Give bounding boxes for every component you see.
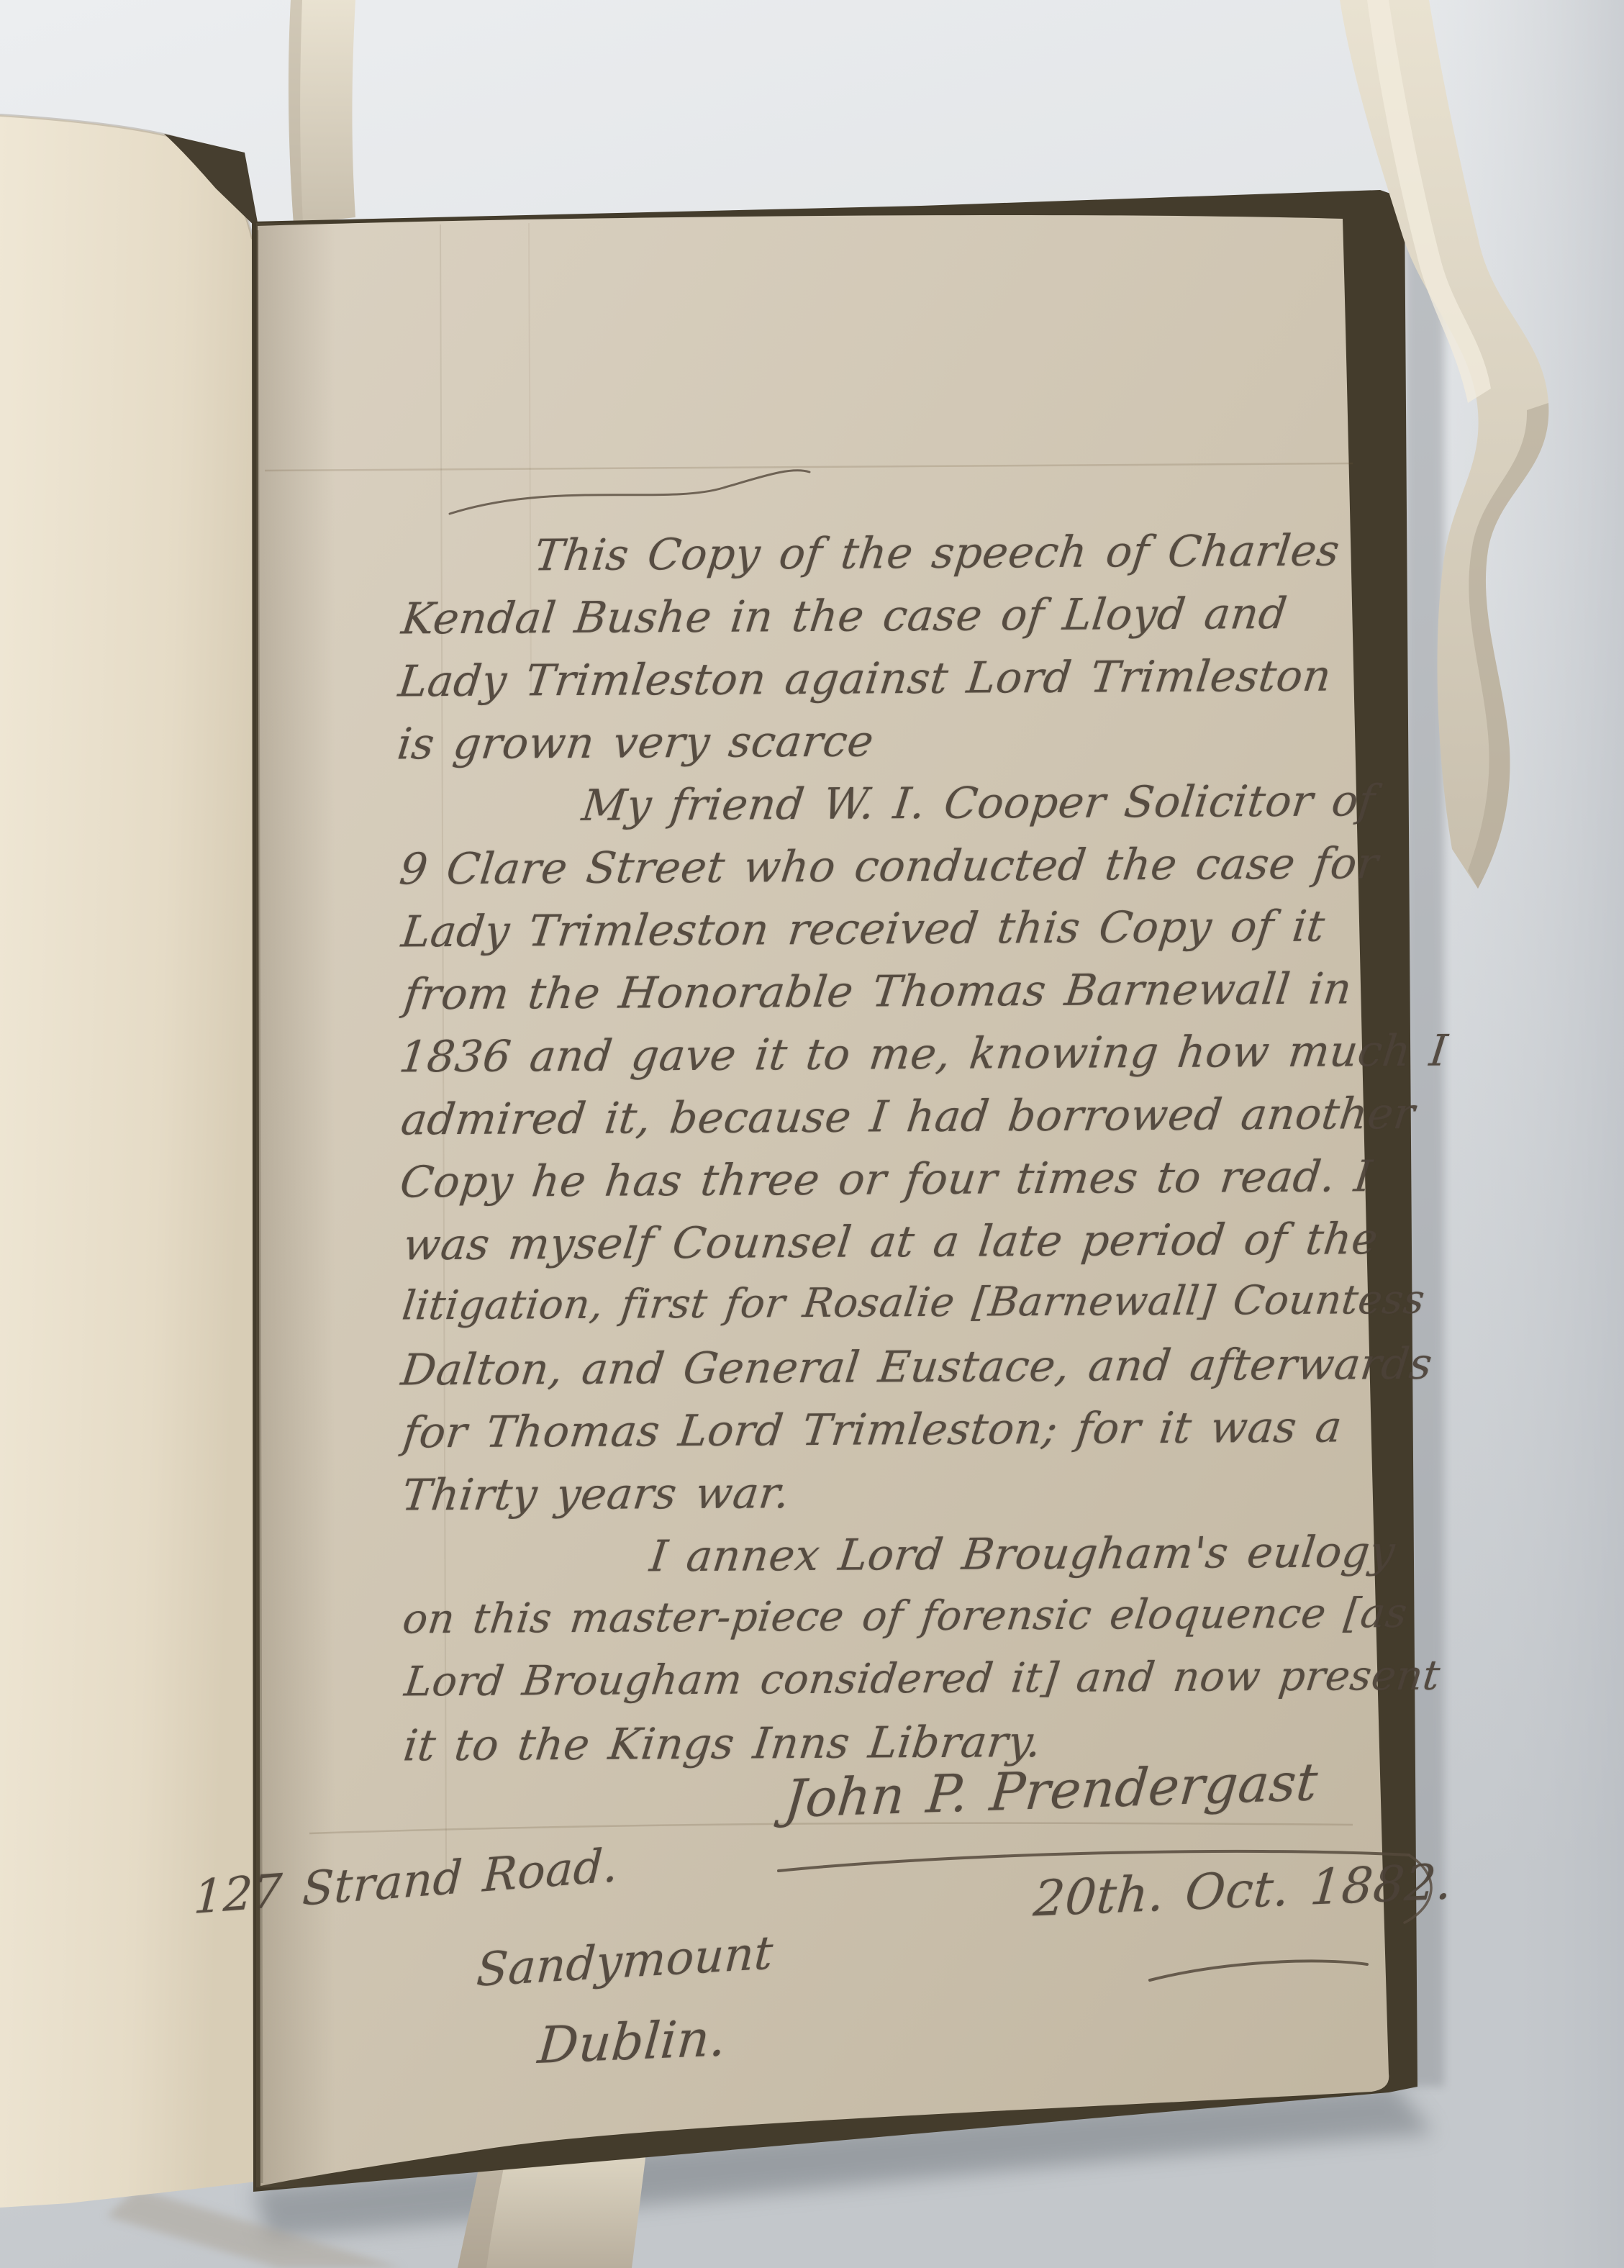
scene-graphic bbox=[0, 0, 1624, 2268]
ribbon-top-left bbox=[289, 0, 355, 224]
book-photograph: This Copy of the speech of CharlesKendal… bbox=[0, 0, 1624, 2268]
gutter-shadow bbox=[256, 223, 335, 2187]
curled-left-page bbox=[0, 115, 255, 2208]
inscription-page bbox=[258, 215, 1389, 2186]
